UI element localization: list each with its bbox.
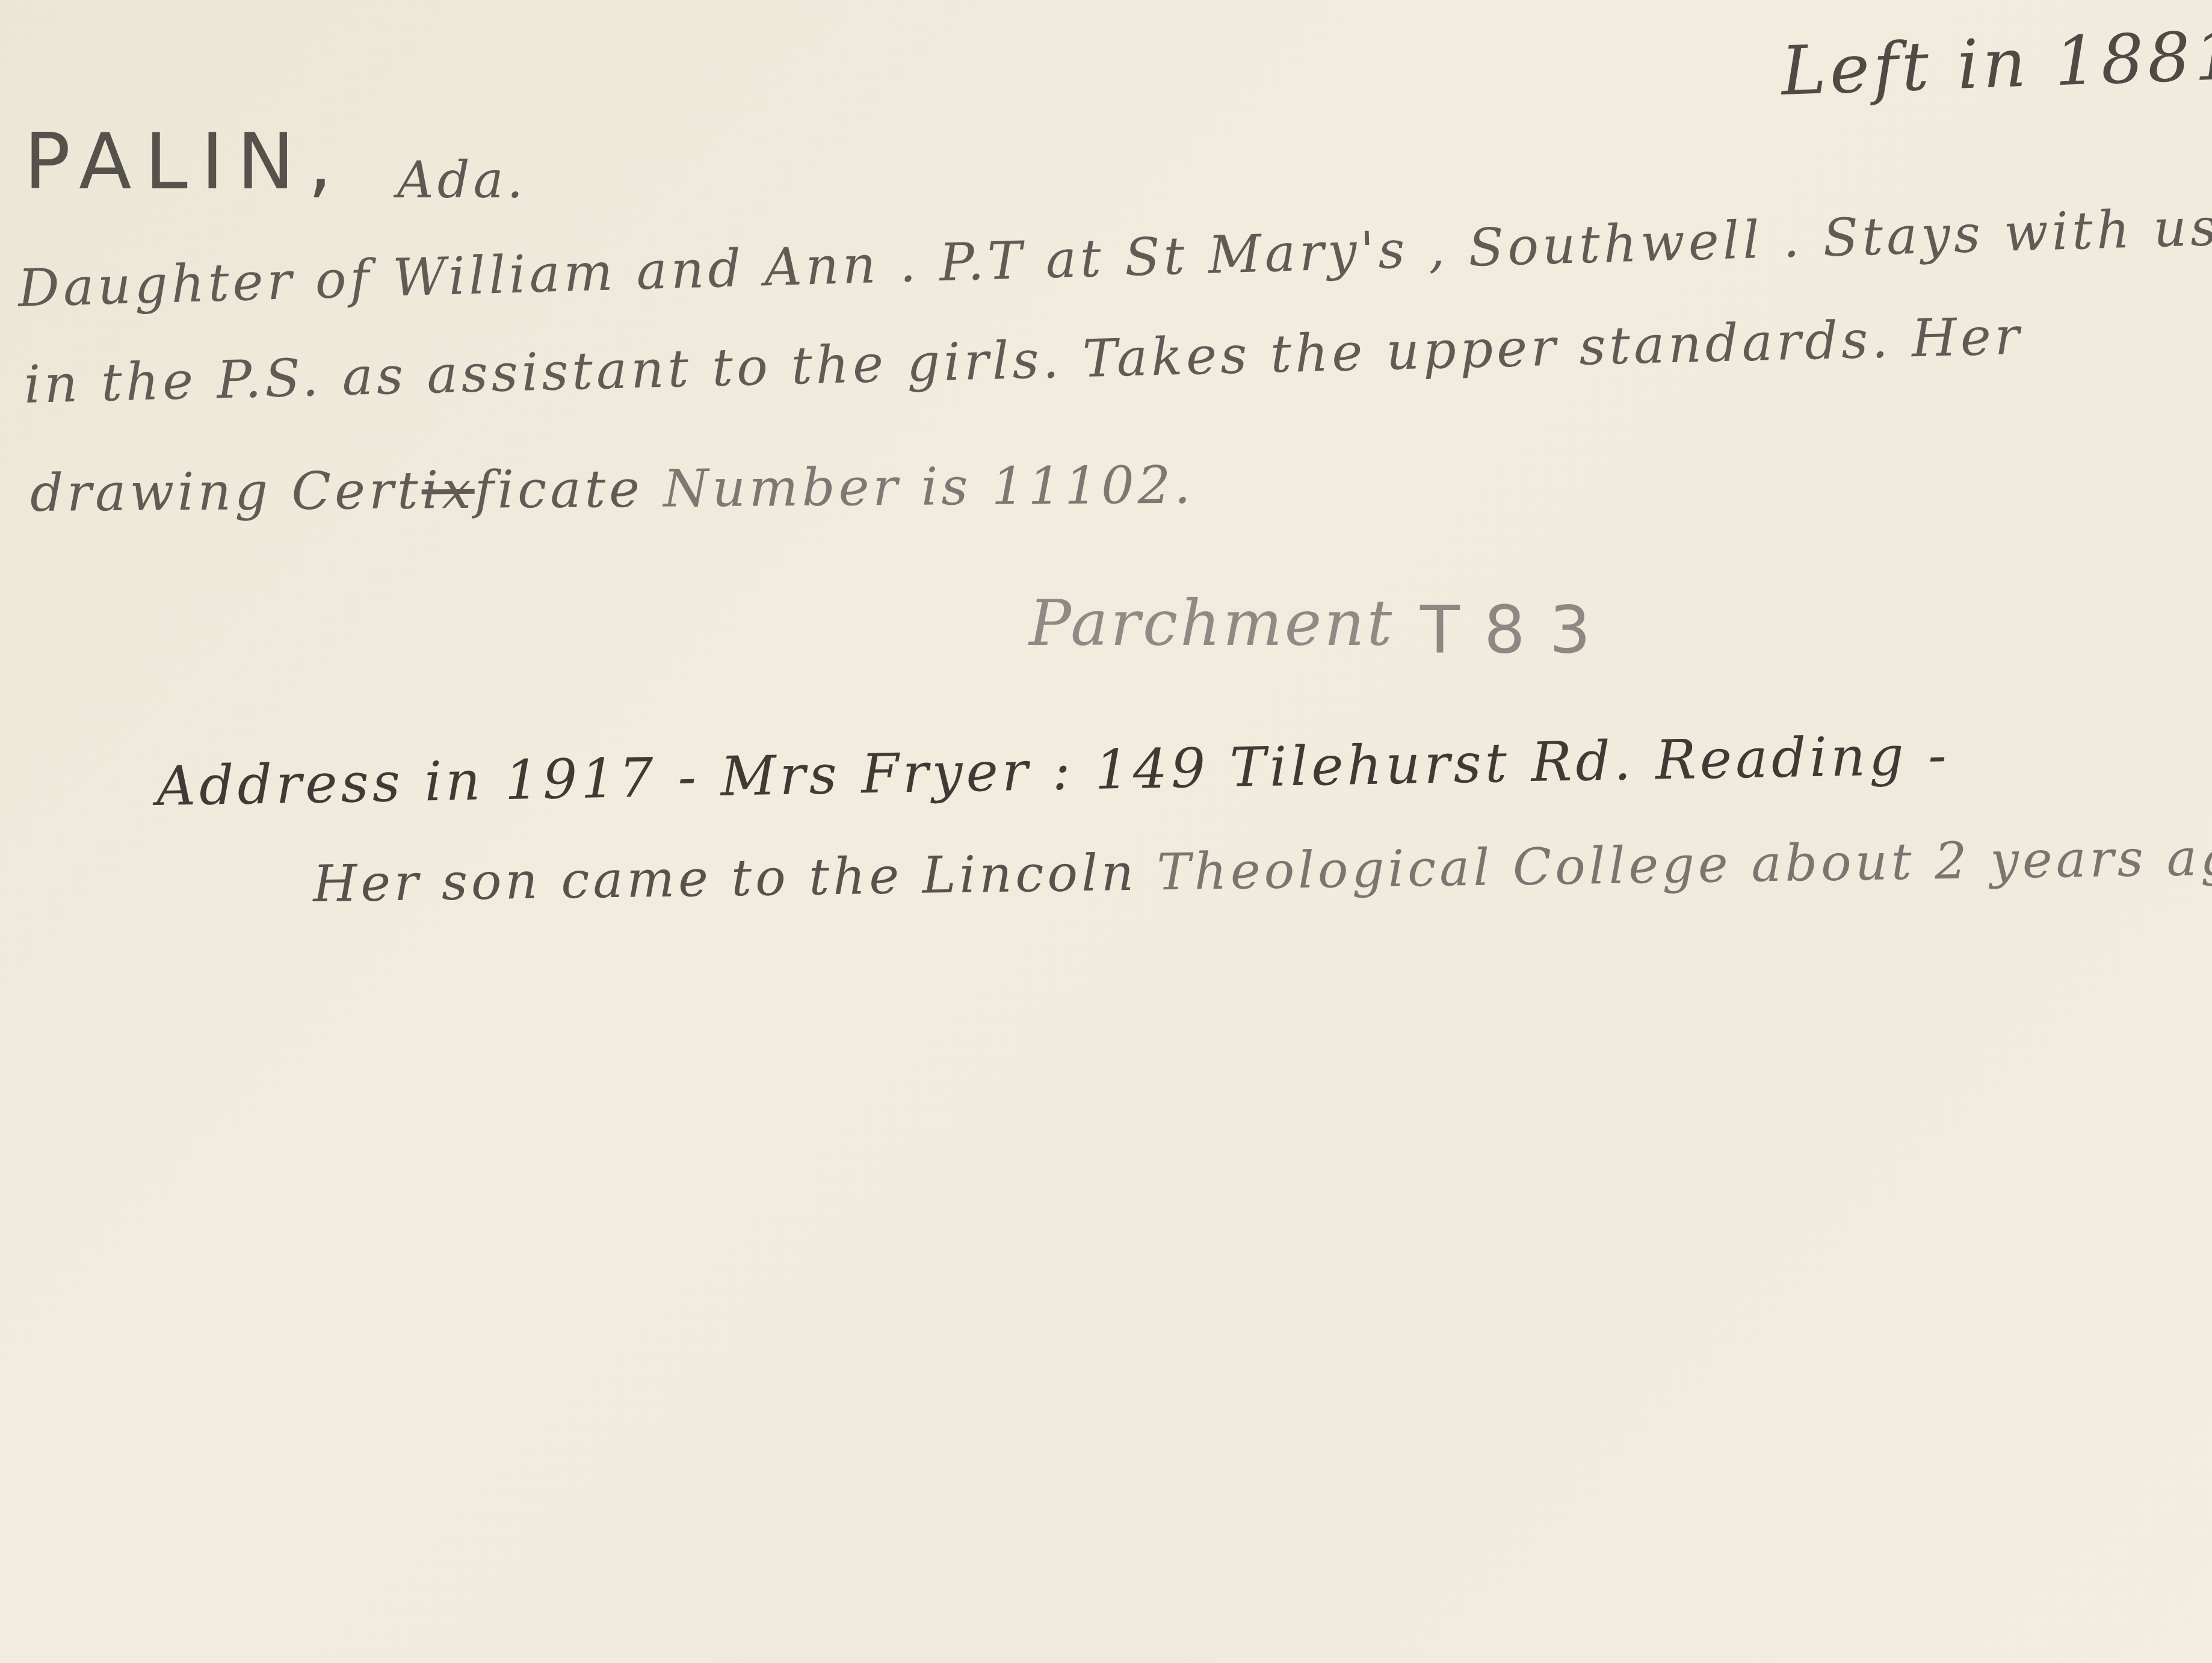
son-note-light: Theological College about 2 years ago. — [1157, 827, 2212, 901]
biography-line-1: Daughter of William and Ann . P.T at St … — [17, 197, 2212, 319]
forename: Ada. — [397, 150, 527, 209]
son-note: Her son came to the Lincoln Theological … — [312, 827, 2212, 913]
parchment-number: T83 — [1420, 593, 1614, 668]
certificate-text: drawing Cert — [30, 460, 422, 523]
biography-line-3: drawing Certixficate Number is 11102. — [30, 455, 1194, 523]
left-date-note: Left in 1881. — [1780, 16, 2212, 111]
address-1917-note: Address in 1917 - Mrs Fryer : 149 Tilehu… — [156, 724, 1950, 818]
handwritten-record-page: Left in 1881. PALIN, Ada. Daughter of Wi… — [0, 0, 2212, 1663]
certificate-number: Number is 11102. — [663, 455, 1194, 519]
parchment-label: Parchment — [1029, 587, 1394, 660]
struck-out-text: ix — [421, 460, 475, 521]
surname-heading: PALIN, — [24, 117, 345, 207]
certificate-suffix: ficate — [474, 459, 643, 520]
son-note-dark: Her son came to the Lincoln — [312, 843, 1137, 913]
biography-line-2: in the P.S. as assistant to the girls. T… — [23, 306, 2024, 415]
